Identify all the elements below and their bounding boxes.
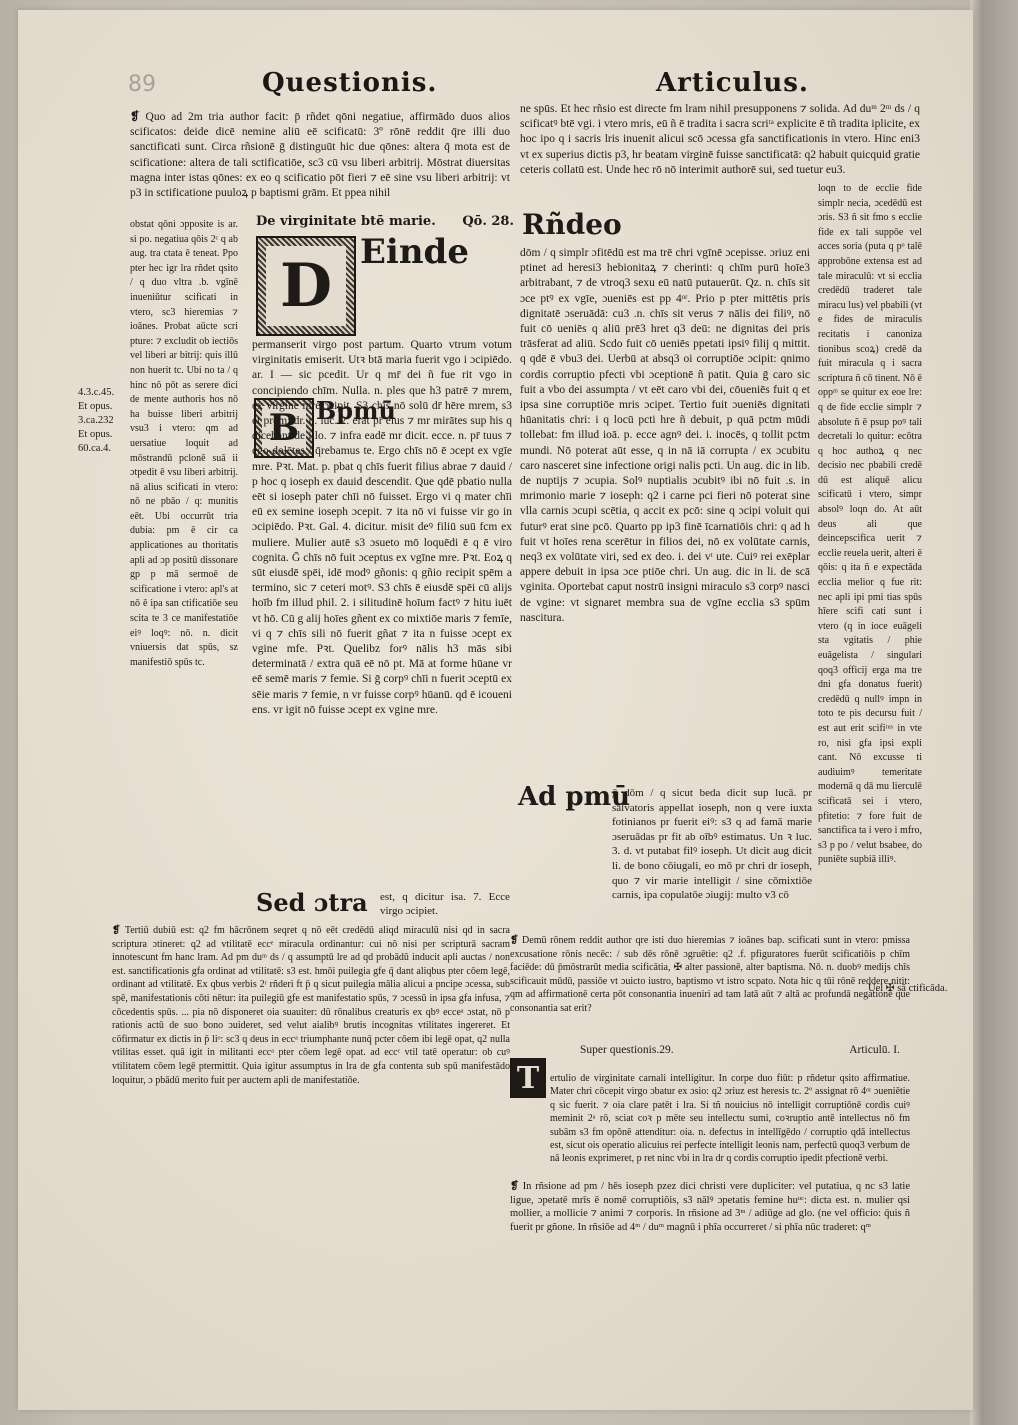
- paragraph: Demū rōnem reddit author qre isti duo hi…: [510, 935, 910, 1014]
- question-number: Qō. 28.: [462, 214, 514, 229]
- left-margin-note: 4.3.c.45. Et opus. 3.ca.232 Et opus. 60.…: [78, 386, 138, 456]
- paragraph: Tertiū dubiū est: q2 fm hācrōnem seqret …: [112, 925, 510, 1086]
- right-margin-note: Uel ✠ sā ctificāda.: [868, 982, 948, 996]
- question-29-heading: Super questionis.29. Articulū. I.: [580, 1044, 900, 1056]
- ad-primum-text: ḡ dōm / q sicut beda dicit sup lucā. pr …: [612, 786, 812, 903]
- question-29-commentary: ertulio de virginitate carnali intelligi…: [550, 1072, 910, 1168]
- margin-line: Et opus.: [78, 428, 138, 442]
- decorated-initial-d: D: [256, 236, 356, 336]
- running-head-left: Questionis.: [262, 68, 437, 98]
- initial-letter: T: [512, 1060, 544, 1096]
- display-word-einde: Einde: [360, 232, 469, 272]
- sed-contra-text: est, q dicitur isa. 7. Ecce virgo ɔcipie…: [380, 890, 510, 918]
- protective-sleeve-edge: [970, 0, 1018, 1425]
- decorated-initial-t: T: [510, 1058, 546, 1098]
- paragraph: ne spūs. Et hec rñsio est directe fm lra…: [520, 102, 920, 178]
- running-head-right: Articulus.: [656, 68, 809, 98]
- left-column-top-text: ❡ Quo ad 2m tria author facit: p̄ rñdet …: [130, 110, 510, 203]
- pilcrow-icon: ❡: [510, 935, 518, 946]
- paragraph: permanserit virgo post partum. Quarto vt…: [252, 338, 512, 718]
- left-bottom-commentary: ❡ Tertiū dubiū est: q2 fm hācrōnem seqre…: [112, 924, 510, 1089]
- q29-article: Articulū. I.: [849, 1044, 900, 1056]
- right-end-responses: ❡ In rñsione ad pm / hēs ioseph pzez dic…: [510, 1180, 910, 1236]
- pilcrow-icon: ❡: [130, 111, 140, 123]
- pilcrow-icon: ❡: [510, 1181, 519, 1192]
- paragraph: Quo ad 2m tria author facit: p̄ rñdet qō…: [130, 111, 510, 199]
- pilcrow-icon: ❡: [112, 925, 120, 936]
- display-word-rndeo: Rñdeo: [522, 208, 622, 241]
- paragraph: obstat qōni ɔpposite is ar. si po. negat…: [130, 218, 238, 670]
- q29-title: Super questionis.29.: [580, 1044, 674, 1056]
- display-word-sed-contra: Sed ɔtra: [256, 888, 368, 917]
- question-heading: De virginitate btē marie. Qō. 28.: [256, 214, 514, 229]
- pencil-folio-number: 89: [128, 72, 156, 97]
- question-title: De virginitate btē marie.: [256, 214, 436, 229]
- margin-line: 3.ca.232: [78, 414, 138, 428]
- margin-line: 4.3.c.45.: [78, 386, 138, 400]
- paragraph: loqn to de ecclie fide simplr necia, ɔce…: [818, 182, 922, 868]
- initial-letter: D: [266, 246, 346, 326]
- left-main-column-text: permanserit virgo post partum. Quarto vt…: [252, 338, 512, 720]
- paragraph: dōm / q simplr ɔfitēdū est ma trē chri v…: [520, 246, 810, 626]
- right-narrow-gloss: loqn to de ecclie fide simplr necia, ɔce…: [818, 182, 922, 870]
- margin-line: Et opus.: [78, 400, 138, 414]
- paragraph: In rñsione ad pm / hēs ioseph pzez dici …: [510, 1181, 910, 1233]
- paragraph: ertulio de virginitate carnali intelligi…: [550, 1072, 910, 1166]
- right-main-column-text: dōm / q simplr ɔfitēdū est ma trē chri v…: [520, 246, 810, 628]
- right-bottom-commentary: ❡ Demū rōnem reddit author qre isti duo …: [510, 934, 910, 1018]
- right-column-top-text: ne spūs. Et hec rñsio est directe fm lra…: [520, 102, 920, 180]
- left-narrow-gloss: obstat qōni ɔpposite is ar. si po. negat…: [130, 218, 238, 672]
- margin-line: 60.ca.4.: [78, 442, 138, 456]
